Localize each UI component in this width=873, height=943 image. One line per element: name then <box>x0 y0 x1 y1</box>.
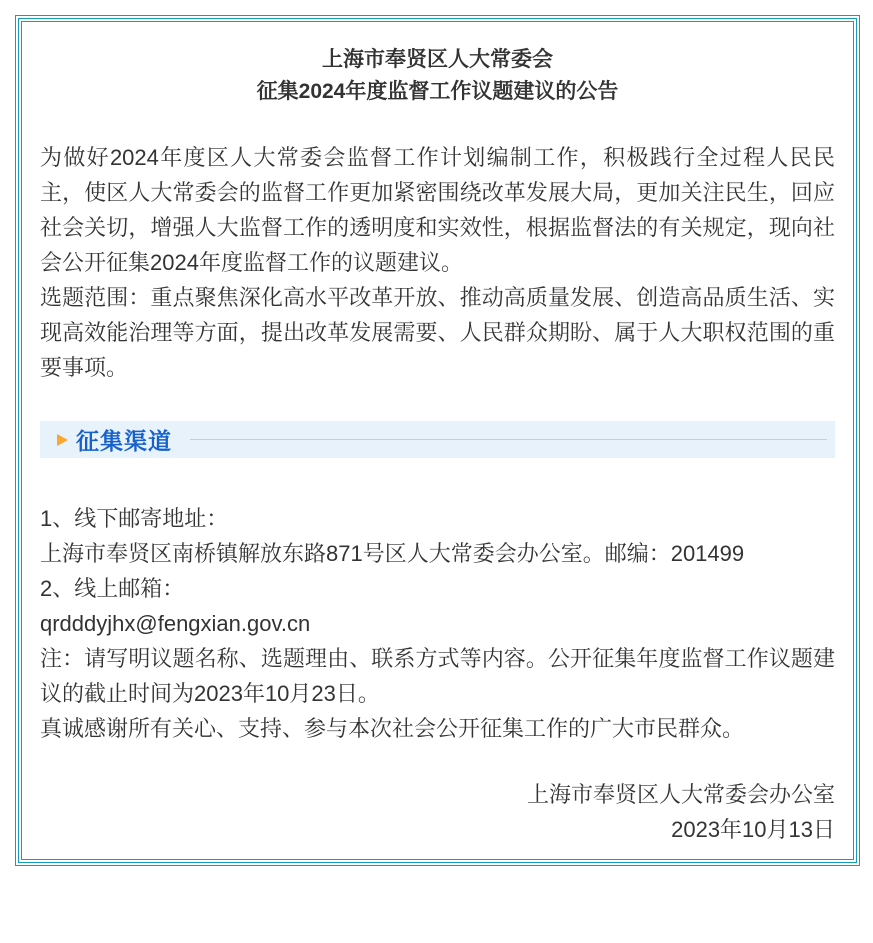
section-divider-line <box>190 439 827 440</box>
scope-paragraph: 选题范围：重点聚焦深化高水平改革开放、推动高质量发展、创造高品质生活、实现高效能… <box>40 280 835 385</box>
email-value: qrdddyjhx@fengxian.gov.cn <box>40 606 835 641</box>
intro-paragraph: 为做好2024年度区人大常委会监督工作计划编制工作，积极践行全过程人民民主，使区… <box>40 140 835 280</box>
mail-address-label: 1、线下邮寄地址： <box>40 501 835 536</box>
announcement-title-line2: 征集2024年度监督工作议题建议的公告 <box>40 76 835 108</box>
section-header-collection-channels: 征集渠道 <box>40 421 835 458</box>
section-title: 征集渠道 <box>76 423 172 456</box>
signature-block: 上海市奉贤区人大常委会办公室 2023年10月13日 <box>40 777 835 847</box>
signature-date: 2023年10月13日 <box>40 812 835 847</box>
signature-org: 上海市奉贤区人大常委会办公室 <box>40 777 835 812</box>
announcement-frame-inner: 上海市奉贤区人大常委会 征集2024年度监督工作议题建议的公告 为做好2024年… <box>21 21 854 860</box>
announcement-frame-outer: 上海市奉贤区人大常委会 征集2024年度监督工作议题建议的公告 为做好2024年… <box>15 15 860 866</box>
email-label: 2、线上邮箱： <box>40 571 835 606</box>
announcement-title: 上海市奉贤区人大常委会 征集2024年度监督工作议题建议的公告 <box>40 44 835 108</box>
announcement-frame-middle: 上海市奉贤区人大常委会 征集2024年度监督工作议题建议的公告 为做好2024年… <box>18 18 857 863</box>
announcement-title-line1: 上海市奉贤区人大常委会 <box>40 44 835 76</box>
note-paragraph: 注：请写明议题名称、选题理由、联系方式等内容。公开征集年度监督工作议题建议的截止… <box>40 641 835 711</box>
mail-address-value: 上海市奉贤区南桥镇解放东路871号区人大常委会办公室。邮编：201499 <box>40 536 835 571</box>
triangle-bullet-icon <box>57 434 68 446</box>
thanks-paragraph: 真诚感谢所有关心、支持、参与本次社会公开征集工作的广大市民群众。 <box>40 711 835 746</box>
